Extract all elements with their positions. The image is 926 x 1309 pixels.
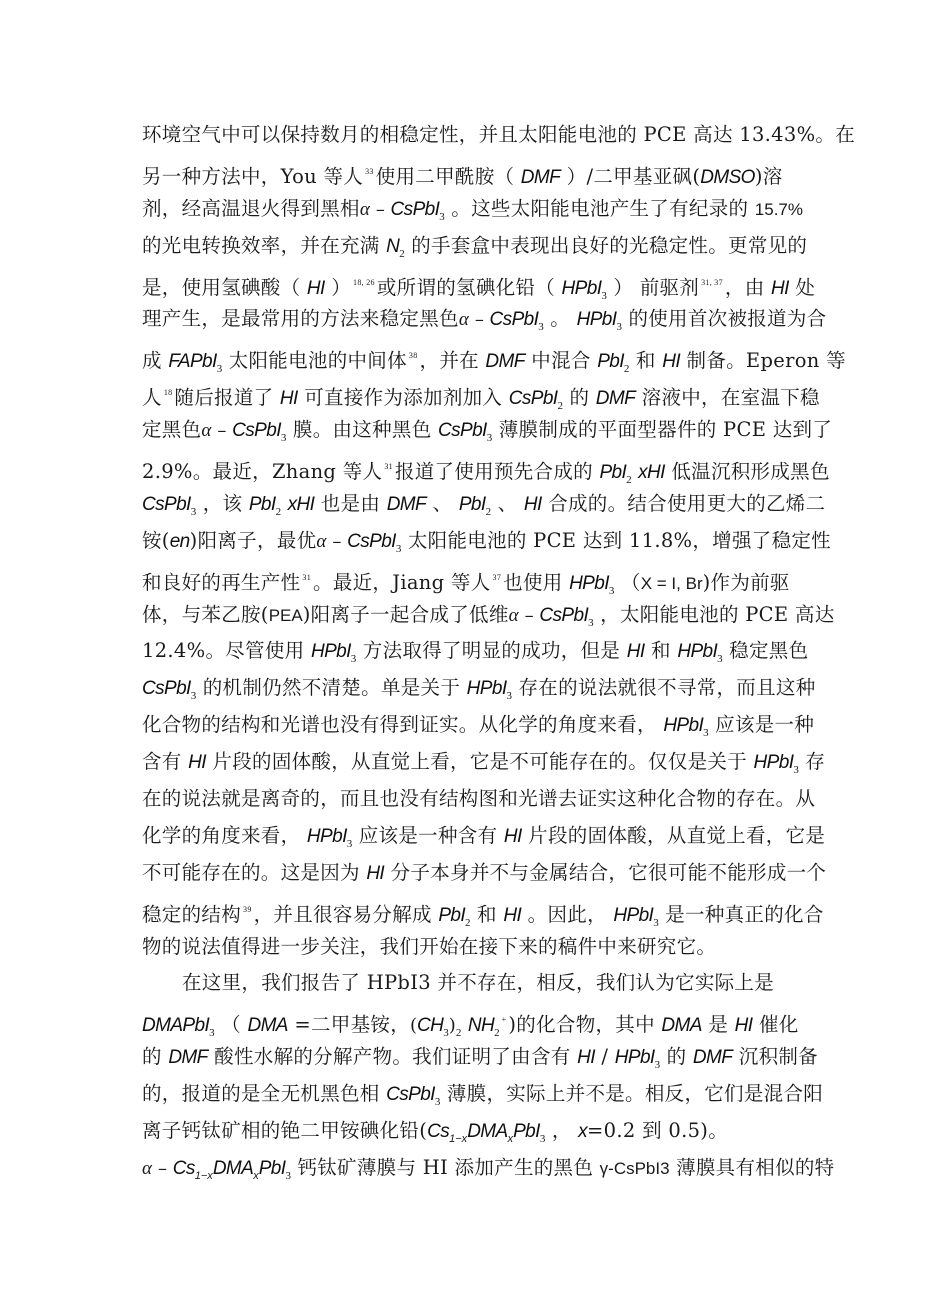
text-line: 2.9%。最近，Zhang 等人31报道了使用预先合成的 PbI2 xHI 低温… [142,449,792,486]
text-run: 随后报道了 [174,386,280,409]
text-run: )溶 [755,165,783,188]
text-run: 的使用首次被报道为合 [622,307,827,330]
text-run: ， [545,1119,578,1142]
chemical-formula: PbI [249,494,276,515]
text-run: 化合物的结构和光谱也没有得到证实。从化学的角度来看， [142,713,663,736]
greek-symbol: α [459,309,469,330]
text-run: 报道了使用预先合成的 [395,460,600,483]
text-run: 。最近，Jiang 等人 [313,571,491,594]
text-run: ，由 [725,276,771,299]
chemical-formula: NH [468,1015,494,1036]
chemical-formula: CsPbI [142,494,191,515]
text-line: 体，与苯乙胺(PEA)阳离子一起合成了低维α – CsPbI3 ，太阳能电池的 … [142,597,792,634]
chemical-formula: CsPbI [142,678,191,699]
chemical-formula: en [170,531,190,552]
chemical-formula: HI [735,1015,753,1036]
superscript: 31 [384,462,393,471]
text-run: 另一种方法中，You 等人 [142,165,363,188]
text-run: 和 [471,903,504,926]
text-run: 成 [142,349,168,372]
superscript: 38 [409,351,418,360]
text-run: 方法取得了明显的成功，但是 [356,639,626,662]
text-run: 不可能存在的。这是因为 [142,861,366,884]
chemical-formula: DMF [485,351,524,372]
text-run: 人 [142,386,162,409]
text-run: 的 [660,1045,693,1068]
superscript: 18 [164,388,173,397]
chemical-formula: Cs [427,1121,449,1142]
text-run: 离子钙钛矿相的铯二甲铵碘化铅( [142,1119,427,1142]
text-line: 的 DMF 酸性水解的分解产物。我们证明了由含有 HI / HPbI3 的 DM… [142,1039,792,1076]
text-run: 酸性水解的分解产物。我们证明了由含有 [208,1045,577,1068]
text-run: 、 [426,492,459,515]
text-run: / [595,1045,615,1068]
text-line: 稳定的结构39，并且很容易分解成 PbI2 和 HI 。因此， HPbI3 是一… [142,892,792,929]
text-line: CsPbI3 的机制仍然不清楚。单是关于 HPbI3 存在的说法就很不寻常，而且… [142,670,792,707]
greek-symbol: α [201,420,211,441]
text-run: 合成的。结合使用更大的乙烯二 [542,492,826,515]
chemical-formula: x [578,1121,587,1142]
text-run: 片段的固体酸，从直觉上看，它是不可能存在的。仅仅是关于 [206,750,754,773]
text-run: 。这些太阳能电池产生了有纪录的 [445,197,755,220]
text-run: 2.9%。最近，Zhang 等人 [142,460,382,483]
text-run: 15.7% [755,200,803,219]
chemical-formula: DMF [521,167,560,188]
document-page: 环境空气中可以保持数月的相稳定性，并且太阳能电池的 PCE 高达 13.43%。… [0,0,926,1309]
text-run: 可直接作为添加剂加入 [298,386,509,409]
chemical-formula: DMAPbI [142,1015,209,1036]
text-run: )作为前驱 [703,571,790,594]
chemical-formula: HPbI [615,1047,655,1068]
chemical-formula: PbI [513,1121,540,1142]
math-symbol: – [519,605,539,626]
superscript: 39 [243,905,252,914]
superscript: + [502,1015,507,1024]
subscript: 2 [626,474,632,486]
text-run: ） [325,276,351,299]
chemical-formula: DMF [596,388,635,409]
math-symbol: – [327,531,347,552]
math-symbol: ) [449,1015,456,1036]
chemical-formula: FAPbI [168,351,216,372]
chemical-formula: DMA [247,1015,287,1036]
text-line: 化学的角度来看， HPbI3 应该是一种含有 HI 片段的固体酸，从直觉上看，它… [142,818,792,855]
chemical-formula: xHI [638,462,665,483]
text-run: 膜。由这种黑色 [286,418,438,441]
text-line: 环境空气中可以保持数月的相稳定性，并且太阳能电池的 PCE 高达 13.43%。… [142,117,792,154]
text-run: 是，使用氢碘酸（ [142,276,307,299]
text-run: 制备。Eperon 等 [680,349,846,372]
math-symbol: – [212,420,232,441]
chemical-formula: HI [504,826,522,847]
text-run: （ [215,1013,248,1036]
text-line: 铵(en)阳离子，最优α – CsPbI3 太阳能电池的 PCE 达到 11.8… [142,523,792,560]
text-run: ）/二甲基亚砜( [560,165,700,188]
chemical-formula: DMF [168,1047,207,1068]
text-run: ，并在 [420,349,486,372]
superscript: 37 [493,573,502,582]
text-run: 和良好的再生产性 [142,571,300,594]
text-run: 的机制仍然不清楚。单是关于 [196,676,466,699]
text-line: 不可能存在的。这是因为 HI 分子本身并不与金属结合，它很可能不能形成一个 [142,855,792,892]
text-run: 含有 [142,750,188,773]
text-run: 稳定的结构 [142,903,241,926]
text-run: 定黑色 [142,418,201,441]
text-run: 应该是一种 [709,713,815,736]
math-symbol: ( [410,1015,417,1036]
chemical-formula: CsPbI [347,531,396,552]
text-run: 存在的说法就很不寻常，而且这种 [512,676,816,699]
chemical-formula: CsPbI [386,1084,435,1105]
text-run: 应该是一种含有 [352,824,504,847]
text-line: 成 FAPbI3 太阳能电池的中间体38，并在 DMF 中混合 PbI2 和 H… [142,338,792,375]
text-run: 的，报道的是全无机黑色相 [142,1082,386,1105]
text-run: 的手套盒中表现出良好的光稳定性。更常见的 [405,234,808,257]
text-run: 环境空气中可以保持数月的相稳定性，并且太阳能电池的 PCE 高达 13.43%。… [142,123,855,146]
text-run: 是 [702,1013,735,1036]
greek-symbol: α [142,1158,152,1179]
text-run: 薄膜制成的平面型器件的 PCE 达到了 [492,418,832,441]
text-line: 在这里，我们报告了 HPbI3 并不存在，相反，我们认为它实际上是 [142,965,792,1002]
chemical-formula: CsPbI [438,420,487,441]
superscript: 33 [365,167,374,176]
text-run: )阳离子，最优 [190,529,317,552]
text-run: 理产生，是最常用的方法来稳定黑色 [142,307,459,330]
text-line: DMAPbI3 （ DMA =二甲基铵，(CH3)2 NH2+)的化合物，其中 … [142,1002,792,1039]
chemical-formula: HPbI [467,678,507,699]
superscript: 18, 26 [353,278,375,287]
text-line: 理产生，是最常用的方法来稳定黑色α – CsPbI3 。 HPbI3 的使用首次… [142,301,792,338]
chemical-formula: HPbI [311,641,351,662]
greek-symbol: α [360,199,370,220]
chemical-formula: DMA [213,1158,253,1179]
text-line: 人18随后报道了 HI 可直接作为添加剂加入 CsPbI2 的 DMF 溶液中，… [142,375,792,412]
text-run: 中混合 [525,349,597,372]
text-run: X = I, Br [641,574,703,593]
text-run: 的光电转换效率，并在充满 [142,234,386,257]
text-line: 化合物的结构和光谱也没有得到证实。从化学的角度来看， HPbI3 应该是一种 [142,707,792,744]
text-line: 和良好的再生产性31。最近，Jiang 等人37也使用 HPbI3 （X = I… [142,560,792,597]
text-run: 太阳能电池的 PCE 达到 11.8%，增强了稳定性 [401,529,831,552]
text-run: 。因此， [521,903,613,926]
text-run: ，并且很容易分解成 [254,903,439,926]
chemical-formula: HI [503,905,521,926]
text-line: 的，报道的是全无机黑色相 CsPbI3 薄膜，实际上并不是。相反，它们是混合阳 [142,1076,792,1113]
chemical-formula: PbI [438,905,465,926]
chemical-formula: PbI [459,494,486,515]
text-run: 在这里，我们报告了 HPbI3 并不存在，相反，我们认为它实际上是 [182,971,774,994]
subscript: 1−x [449,1133,467,1145]
chemical-formula: CsPbI [509,388,558,409]
chemical-formula: DMA [661,1015,701,1036]
greek-symbol: α [316,531,326,552]
text-line: 是，使用氢碘酸（ HI ）18, 26或所谓的氢碘化铅（ HPbI3 ） 前驱剂… [142,265,792,302]
superscript: 31 [302,573,311,582]
text-run: 薄膜，实际上并不是。相反，它们是混合阳 [440,1082,823,1105]
chemical-formula: PbI [597,351,624,372]
chemical-formula: PbI [259,1158,286,1179]
text-run: 和 [629,349,662,372]
chemical-formula: HPbI [307,826,347,847]
text-run: 也使用 [503,571,569,594]
math-symbol: – [469,309,489,330]
text-run: 分子本身并不与金属结合，它很可能不能形成一个 [384,861,826,884]
text-run: 化学的角度来看， [142,824,307,847]
text-line: CsPbI3 ，该 PbI2 xHI 也是由 DMF 、 PbI2 、 HI 合… [142,486,792,523]
text-line: 另一种方法中，You 等人33使用二甲酰胺（ DMF ）/二甲基亚砜(DMSO)… [142,154,792,191]
chemical-formula: DMF [387,494,426,515]
text-run: 稳定黑色 [723,639,809,662]
text-line: 12.4%。尽管使用 HPbI3 方法取得了明显的成功，但是 HI 和 HPbI… [142,633,792,670]
text-line: 物的说法值得进一步关注，我们开始在接下来的稿件中来研究它。 [142,929,792,966]
chemical-formula: CsPbI [490,309,539,330]
chemical-formula: xHI [288,494,315,515]
chemical-formula: DMA [467,1121,507,1142]
text-run: 。 [544,307,577,330]
text-run: 体，与苯乙胺( [142,603,269,626]
text-line: α – Cs1−xDMAxPbI3 钙钛矿薄膜与 HI 添加产生的黑色 γ-Cs… [142,1150,792,1187]
text-run: 使用二甲酰胺（ [376,165,521,188]
chemical-formula: HI [524,494,542,515]
text-line: 定黑色α – CsPbI3 膜。由这种黑色 CsPbI3 薄膜制成的平面型器件的… [142,412,792,449]
chemical-formula: CsPbI [539,605,588,626]
chemical-formula: HI [307,278,325,299]
text-run: 剂，经高温退火得到黑相 [142,197,360,220]
chemical-formula: HI [188,752,206,773]
text-run: 和 [645,639,678,662]
text-line: 含有 HI 片段的固体酸，从直觉上看，它是不可能存在的。仅仅是关于 HPbI3 … [142,744,792,781]
text-run: 低温沉积形成黑色 [665,460,830,483]
text-run: 薄膜具有相似的特 [670,1156,835,1179]
text-run: ，该 [196,492,249,515]
text-run: PEA [269,606,303,625]
chemical-formula: N [386,236,399,257]
text-run: 或所谓的氢碘化铅（ [377,276,562,299]
text-line: 剂，经高温退火得到黑相α – CsPbI3 。这些太阳能电池产生了有纪录的 15… [142,191,792,228]
chemical-formula: HI [280,388,298,409]
text-run: 处 [789,276,815,299]
text-run: 太阳能电池的中间体 [222,349,407,372]
body-text: 环境空气中可以保持数月的相稳定性，并且太阳能电池的 PCE 高达 13.43%。… [142,117,792,1187]
text-run: )阳离子一起合成了低维 [303,603,509,626]
chemical-formula: DMF [693,1047,732,1068]
text-run: ，太阳能电池的 PCE 高达 [594,603,835,626]
chemical-formula: HI [366,863,384,884]
chemical-formula: HPbI [562,278,602,299]
text-run: 12.4%。尽管使用 [142,639,311,662]
text-run: 是一种真正的化合 [659,903,824,926]
chemical-formula: DMSO [700,167,755,188]
chemical-formula: Cs [173,1158,195,1179]
text-run: 铵( [142,529,170,552]
chemical-formula: CsPbI [391,199,440,220]
chemical-formula: HI [627,641,645,662]
text-run: 的 [563,386,596,409]
text-line: 的光电转换效率，并在充满 N2 的手套盒中表现出良好的光稳定性。更常见的 [142,228,792,265]
math-symbol: – [370,199,390,220]
chemical-formula: HPbI [613,905,653,926]
text-run: =二甲基铵， [288,1013,410,1036]
greek-symbol: α [509,605,519,626]
superscript: 31, 37 [701,278,723,287]
text-line: 离子钙钛矿相的铯二甲铵碘化铅(Cs1−xDMAxPbI3 ， x=0.2 到 0… [142,1113,792,1150]
chemical-formula: HPbI [677,641,717,662]
text-run: 钙钛矿薄膜与 HI 添加产生的黑色 [291,1156,600,1179]
text-run: 溶液中，在室温下稳 [635,386,820,409]
text-run: 片段的固体酸，从直觉上看，它是 [522,824,826,847]
chemical-formula: HPbI [663,715,703,736]
text-run: 也是由 [314,492,386,515]
chemical-formula: HI [577,1047,595,1068]
chemical-formula: CsPbI [232,420,281,441]
text-run: 物的说法值得进一步关注，我们开始在接下来的稿件中来研究它。 [142,935,716,958]
chemical-formula: PbI [599,462,626,483]
subscript: 1−x [195,1170,213,1182]
text-run: )的化合物，其中 [508,1013,661,1036]
text-line: 在的说法就是离奇的，而且也没有结构图和光谱去证实这种化合物的存在。从 [142,781,792,818]
chemical-formula: HPbI [754,752,794,773]
chemical-formula: HPbI [577,309,617,330]
chemical-formula: HI [771,278,789,299]
text-run: 的 [142,1045,168,1068]
chemical-formula: CH [417,1015,443,1036]
text-run: γ-CsPbI3 [600,1159,670,1178]
text-run: ） 前驱剂 [607,276,699,299]
math-symbol: – [152,1158,172,1179]
text-run: 在的说法就是离奇的，而且也没有结构图和光谱去证实这种化合物的存在。从 [142,787,815,810]
subscript: 2 [494,1027,500,1039]
text-run: 存 [799,750,825,773]
text-run: 催化 [752,1013,798,1036]
chemical-formula: HPbI [569,573,609,594]
text-run: （ [614,571,640,594]
text-run: 沉积制备 [732,1045,818,1068]
text-run: 、 [491,492,524,515]
text-run: =0.2 到 0.5)。 [587,1119,728,1142]
chemical-formula: HI [662,351,680,372]
